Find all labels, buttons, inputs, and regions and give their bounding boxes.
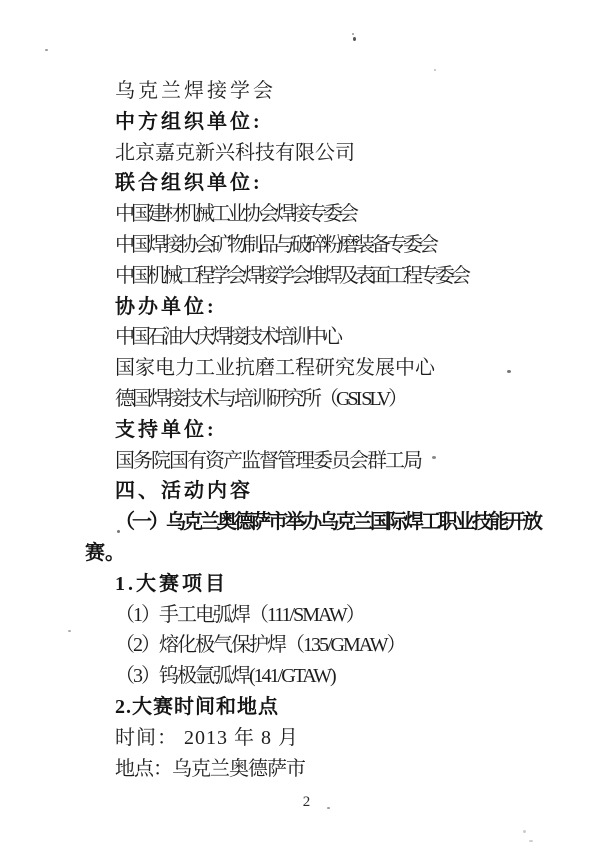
- document-line: 四、活动内容: [85, 476, 555, 507]
- document-line: 地点：乌克兰奥德萨市: [85, 754, 555, 785]
- document-line: 中国焊接协会矿物制品与破碎粉磨装备专委会: [85, 230, 555, 261]
- document-content: 乌克兰焊接学会中方组织单位:北京嘉克新兴科技有限公司联合组织单位:中国建材机械工…: [85, 76, 555, 784]
- document-line: 1.大赛项目: [85, 569, 555, 600]
- scan-speck: [327, 807, 330, 809]
- document-line: 国家电力工业抗磨工程研究发展中心: [85, 353, 555, 384]
- scan-speck: [45, 49, 48, 51]
- document-line: 中国石油大庆焊接技术培训中心: [85, 322, 555, 353]
- document-line: 中国机械工程学会焊接学会堆焊及表面工程专委会: [85, 261, 555, 292]
- scan-speck: [117, 530, 120, 533]
- document-line: （2）熔化极气保护焊（135/GMAW）: [85, 630, 555, 661]
- document-line: （1）手工电弧焊（111/SMAW）: [85, 600, 555, 631]
- document-line: （3）钨极氩弧焊(141/GTAW): [85, 661, 555, 692]
- scan-speck: [352, 33, 354, 35]
- document-line: 中国建材机械工业协会焊接专委会: [85, 199, 555, 230]
- scan-speck: [434, 69, 436, 71]
- page-number: 2: [0, 794, 600, 811]
- scanned-document-screenshot: { "document": { "page_number": "2", "col…: [0, 0, 600, 854]
- document-line: 2.大赛时间和地点: [85, 692, 555, 723]
- document-page: 乌克兰焊接学会中方组织单位:北京嘉克新兴科技有限公司联合组织单位:中国建材机械工…: [0, 0, 600, 854]
- scan-speck: [68, 630, 71, 632]
- document-line: （一）乌克兰奥德萨市举办乌克兰国际焊工职业技能开放: [85, 507, 555, 538]
- document-line: 赛。: [85, 538, 555, 569]
- scan-speck: [529, 840, 533, 842]
- document-line: 北京嘉克新兴科技有限公司: [85, 138, 555, 169]
- scan-speck: [353, 37, 356, 41]
- document-line: 中方组织单位:: [85, 107, 555, 138]
- document-line: 联合组织单位:: [85, 168, 555, 199]
- document-line: 协办单位:: [85, 292, 555, 323]
- document-line: 乌克兰焊接学会: [85, 76, 555, 107]
- document-line: 国务院国有资产监督管理委员会群工局: [85, 446, 555, 477]
- document-line: 支持单位:: [85, 415, 555, 446]
- scan-speck: [523, 830, 526, 833]
- scan-speck: [432, 456, 436, 459]
- document-line: 德国焊接技术与培训研究所（GSI SLV）: [85, 384, 555, 415]
- document-line: 时间： 2013 年 8 月: [85, 723, 555, 754]
- scan-speck: [507, 370, 511, 373]
